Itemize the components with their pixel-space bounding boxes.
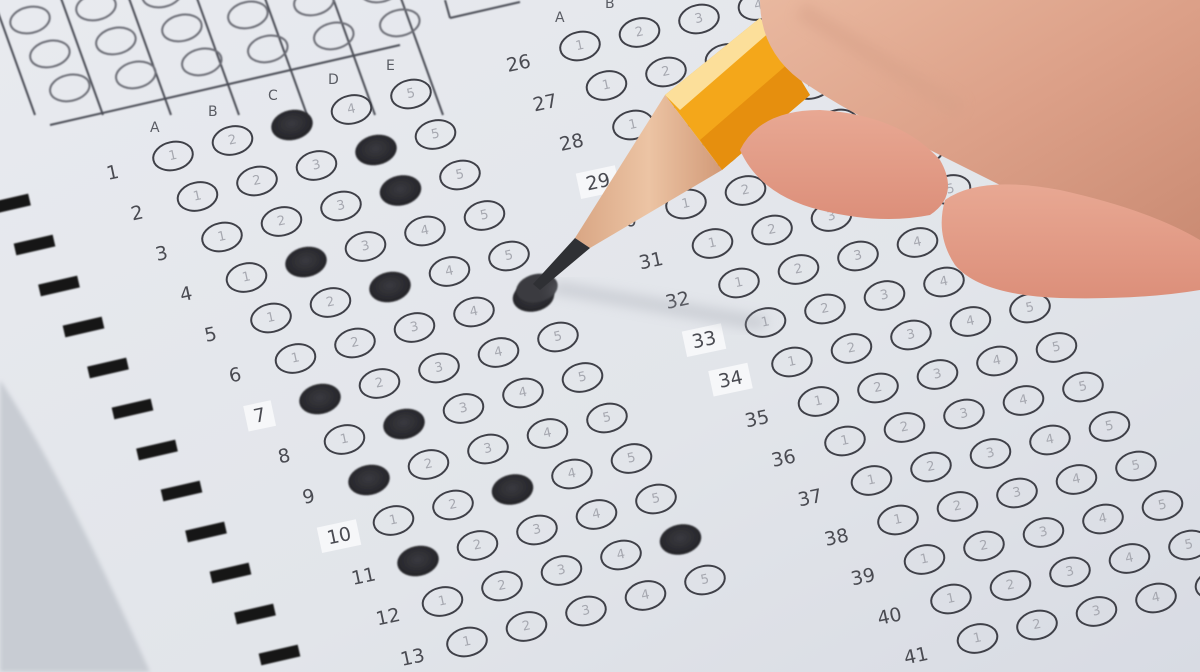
column-header: B <box>605 0 615 12</box>
column-header: A <box>150 120 160 136</box>
answer-sheet-photo: ABCDEAB 11245212353123541345512456123472… <box>0 0 1200 672</box>
column-header: D <box>328 72 339 88</box>
column-header: B <box>208 104 218 120</box>
scene-canvas: ABCDEAB 11245212353123541345512456123472… <box>0 0 1200 672</box>
column-header: A <box>555 10 565 26</box>
column-header: C <box>268 88 278 104</box>
column-header: E <box>386 58 395 74</box>
